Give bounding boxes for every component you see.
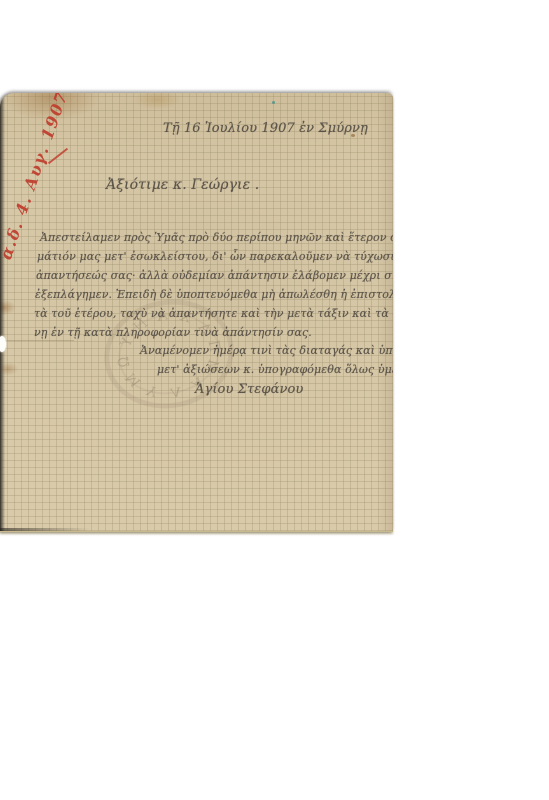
body-line: Ἀπεστείλαμεν πρὸς Ὑμᾶς πρὸ δύο περίπου μ… bbox=[40, 231, 393, 244]
closing-line: Ἀναμένομεν ἡμέρᾳ τινὶ τὰς διαταγάς καὶ ὑ… bbox=[140, 344, 393, 357]
date-line: Τῇ 16 Ἰουλίου 1907 ἐν Σμύρνῃ bbox=[163, 121, 368, 136]
bottom-edge-shadow bbox=[0, 528, 90, 531]
closing-line: μετ' ἀξιώσεων κ. ὑπογραφόμεθα ὅλως ὑμέτε… bbox=[157, 363, 393, 376]
body-line: ἀπαντήσεώς σας· ἀλλὰ οὐδεμίαν ἀπάντησιν … bbox=[36, 269, 393, 282]
stamp-letter: Λ bbox=[169, 384, 182, 401]
scan-viewport: Α Ν Υ Ω Μ Υ Λ Α Μ Π Α Χ Τῇ 16 Ἰουλίου 19… bbox=[0, 0, 549, 800]
body-line: τὰ τοῦ ἑτέρου, ταχὺ νὰ ἀπαντήσητε καὶ τὴ… bbox=[34, 307, 393, 320]
stamp-letter: Ω bbox=[114, 355, 134, 368]
body-line: ἐξεπλάγημεν. Ἐπειδὴ δὲ ὑποπτευόμεθα μὴ ἀ… bbox=[35, 288, 393, 301]
stamp-letter: Υ bbox=[144, 382, 160, 399]
edge-tear-notch bbox=[0, 336, 6, 352]
teal-speck bbox=[272, 101, 275, 104]
body-line: νῃ ἐν τῇ κατὰ πληροφορίαν τινὰ ἀπάντησίν… bbox=[34, 326, 312, 339]
left-edge-shadow bbox=[0, 93, 5, 531]
stamp-letter: Μ bbox=[121, 370, 145, 390]
letter-page: Α Ν Υ Ω Μ Υ Λ Α Μ Π Α Χ Τῇ 16 Ἰουλίου 19… bbox=[0, 93, 393, 532]
paper-crease bbox=[2, 340, 74, 341]
salutation-line: Ἀξιότιμε κ. Γεώργιε . bbox=[106, 177, 259, 193]
signature-line: Ἁγίου Στεφάνου bbox=[195, 382, 303, 397]
body-line: μάτιόν μας μετ' ἐσωκλείστου, δι' ὧν παρε… bbox=[37, 250, 393, 263]
